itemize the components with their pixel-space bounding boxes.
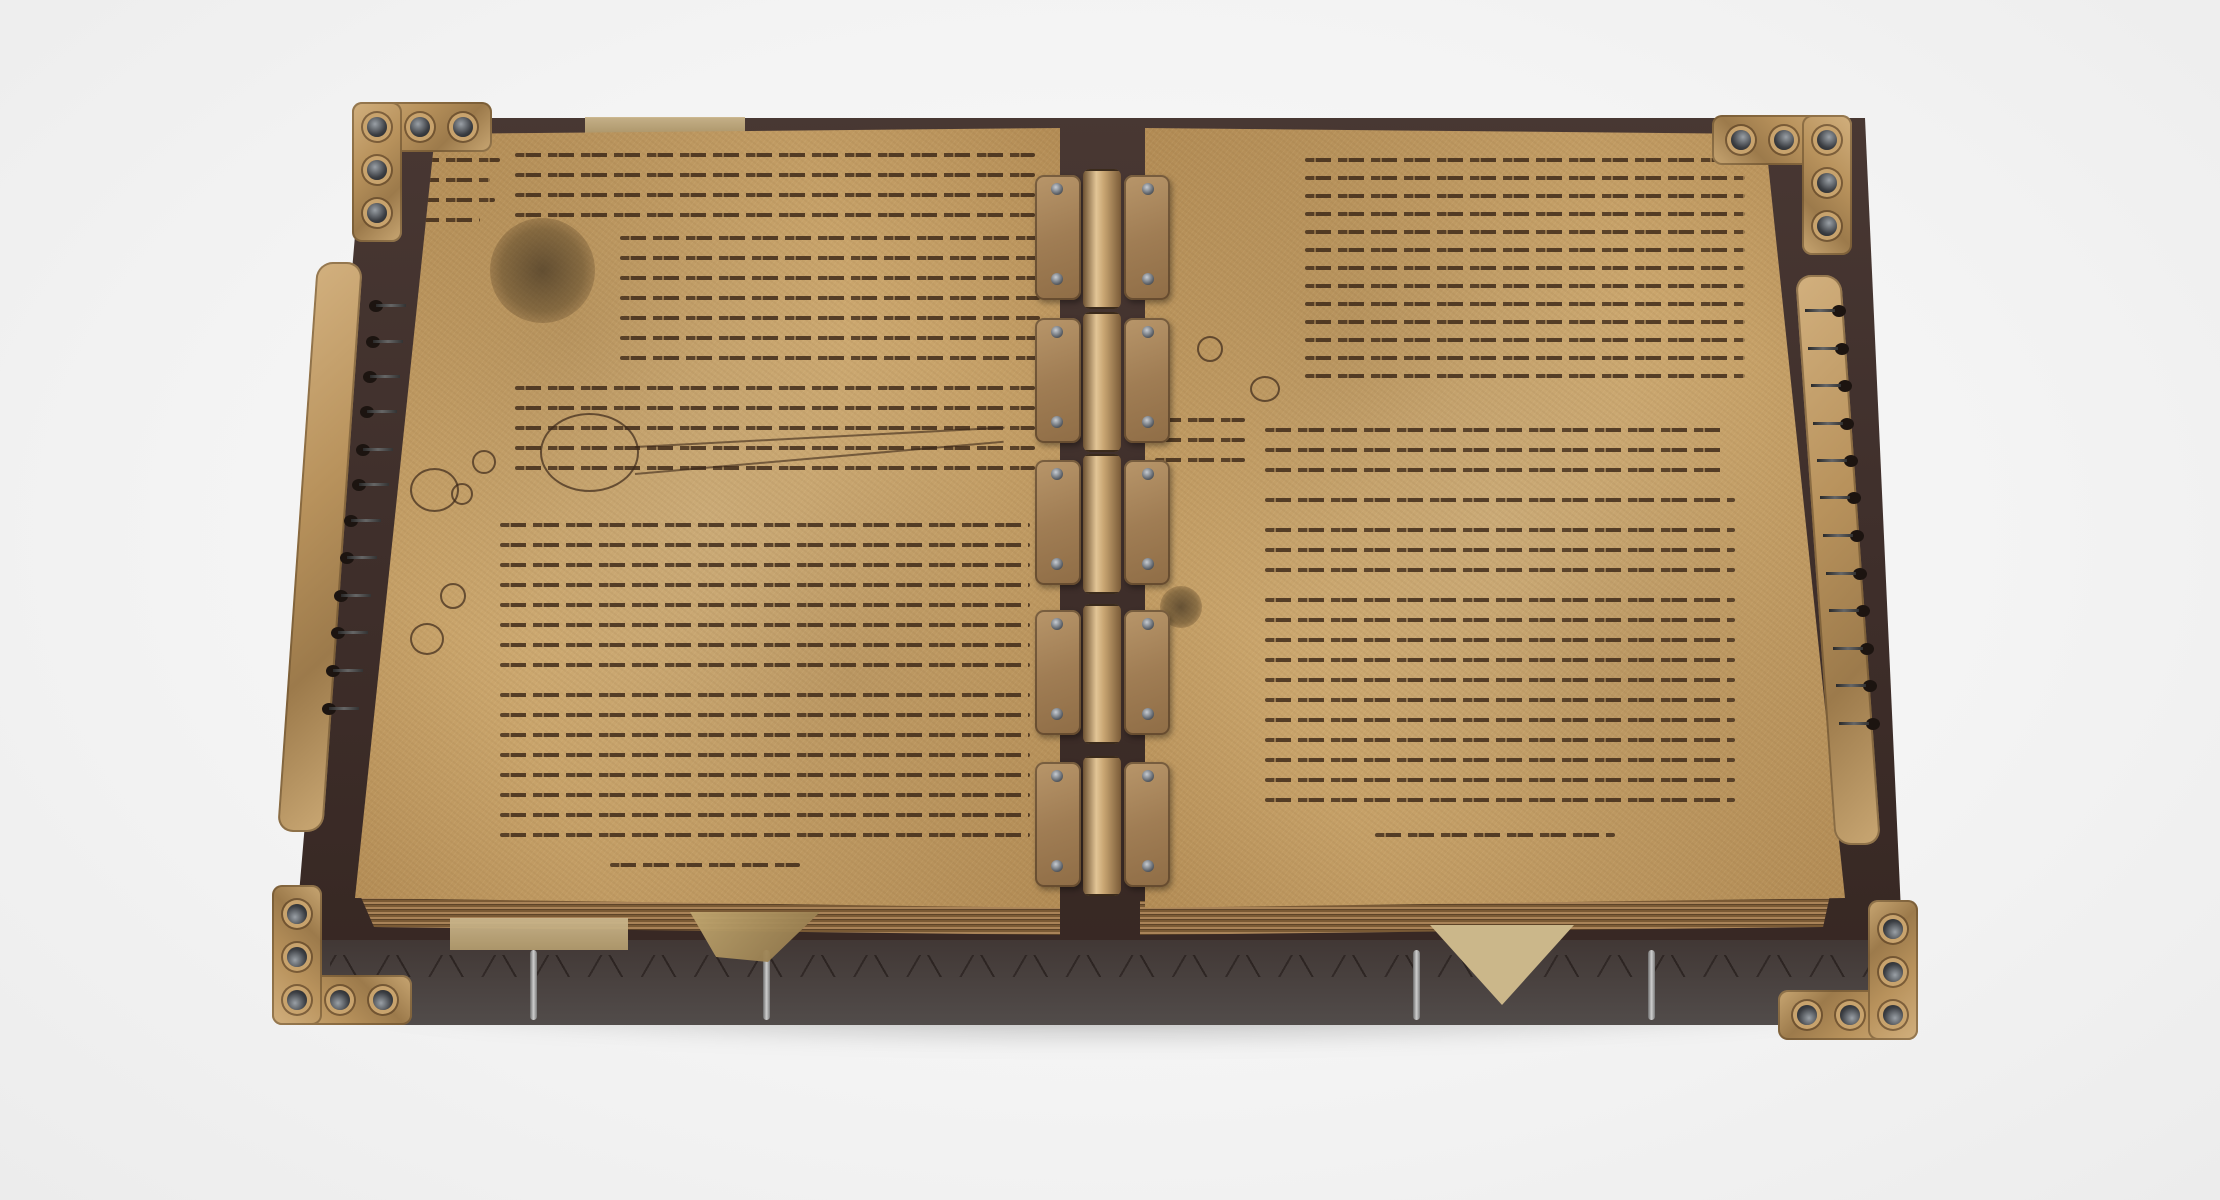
rivet-icon: [1817, 130, 1837, 150]
diagram-pulley: [410, 623, 444, 655]
rivet-icon: [367, 160, 387, 180]
script-line: [620, 296, 1040, 300]
spine-hinge: [1035, 460, 1170, 595]
script-line: [500, 563, 1030, 567]
script-line: [620, 256, 1040, 260]
script-line: [1265, 738, 1735, 742]
screw-icon: [1142, 708, 1154, 720]
corner-bracket-bottom-right: [1778, 900, 1918, 1040]
script-line: [1305, 212, 1745, 216]
rivet-icon: [330, 990, 350, 1010]
script-line: [620, 336, 1040, 340]
script-line: [500, 833, 1030, 837]
rivet-icon: [1817, 173, 1837, 193]
script-line: [1305, 158, 1745, 162]
screw-icon: [1051, 618, 1063, 630]
rivet-icon: [287, 947, 307, 967]
screw-icon: [1051, 273, 1063, 285]
screw-icon: [1142, 558, 1154, 570]
script-line: [515, 386, 1035, 390]
rivet-icon: [1731, 130, 1751, 150]
script-line: [500, 813, 1030, 817]
script-line: [620, 276, 1040, 280]
script-line: [1265, 638, 1735, 642]
rivet-icon: [1840, 1005, 1860, 1025]
script-line: [500, 693, 1030, 697]
screw-icon: [1142, 183, 1154, 195]
rivet-icon: [373, 990, 393, 1010]
script-line: [515, 153, 1035, 157]
corner-bracket-top-right: [1712, 115, 1852, 255]
script-line: [1265, 658, 1735, 662]
diagram-pulley: [472, 450, 496, 474]
script-line: [1265, 798, 1735, 802]
screw-icon: [1142, 273, 1154, 285]
script-line: [1265, 468, 1725, 472]
spine-hinge: [1035, 610, 1170, 745]
rivet-icon: [453, 117, 473, 137]
rivet-icon: [287, 990, 307, 1010]
rivet-icon: [367, 117, 387, 137]
rivet-icon: [1883, 1005, 1903, 1025]
script-line: [1265, 568, 1735, 572]
script-line: [1265, 498, 1735, 502]
script-line: [620, 316, 1040, 320]
script-line: [500, 523, 1030, 527]
screw-icon: [1142, 618, 1154, 630]
circular-stain: [490, 218, 595, 323]
script-line: [500, 583, 1030, 587]
wire-rod: [1648, 950, 1655, 1020]
rivet-icon: [1817, 216, 1837, 236]
spine-hinge: [1035, 175, 1170, 310]
diagram-pulley: [451, 483, 473, 505]
screw-icon: [1051, 770, 1063, 782]
book: [0, 0, 2220, 1200]
diagram-pulley: [440, 583, 466, 609]
script-line: [1265, 528, 1735, 532]
script-line: [1305, 194, 1745, 198]
script-line: [1375, 833, 1615, 837]
screw-icon: [1142, 860, 1154, 872]
screw-icon: [1051, 860, 1063, 872]
script-line: [620, 356, 1040, 360]
screw-icon: [1142, 326, 1154, 338]
corner-bracket-bottom-left: [272, 885, 412, 1025]
script-line: [500, 623, 1030, 627]
script-line: [1265, 598, 1735, 602]
script-line: [1305, 266, 1745, 270]
hinge-knuckle: [1083, 312, 1121, 452]
script-line: [500, 663, 1030, 667]
script-line: [515, 173, 1035, 177]
script-line: [500, 733, 1030, 737]
script-line: [1305, 356, 1745, 360]
diagram-circle: [540, 413, 639, 492]
rivet-icon: [410, 117, 430, 137]
script-line: [1305, 302, 1745, 306]
hinge-knuckle: [1083, 454, 1121, 594]
glyph-circle: [1197, 336, 1223, 362]
paper-texture: [355, 128, 1060, 908]
script-line: [1305, 284, 1745, 288]
bookmark-bottom-left: [450, 918, 628, 950]
script-line: [1265, 758, 1735, 762]
screw-icon: [1142, 468, 1154, 480]
script-line: [500, 793, 1030, 797]
script-line: [610, 863, 800, 867]
script-line: [500, 773, 1030, 777]
script-line: [1305, 320, 1745, 324]
script-line: [1305, 230, 1745, 234]
screw-icon: [1051, 183, 1063, 195]
rivet-icon: [1883, 919, 1903, 939]
rivet-icon: [287, 904, 307, 924]
bookmark-triangle: [1430, 925, 1574, 1005]
script-line: [515, 213, 1035, 217]
wire-rod: [1413, 950, 1420, 1020]
script-line: [1265, 448, 1725, 452]
script-line: [1305, 176, 1745, 180]
script-line: [620, 236, 1040, 240]
screw-icon: [1051, 416, 1063, 428]
hinge-knuckle: [1083, 169, 1121, 309]
screw-icon: [1051, 708, 1063, 720]
rivet-icon: [1797, 1005, 1817, 1025]
cross-stitch-border: [330, 955, 1890, 977]
script-line: [500, 603, 1030, 607]
hinge-knuckle: [1083, 604, 1121, 744]
script-line: [1265, 618, 1735, 622]
rivet-icon: [1883, 962, 1903, 982]
script-line: [1265, 778, 1735, 782]
script-line: [1265, 428, 1725, 432]
script-line: [500, 713, 1030, 717]
script-line: [1305, 338, 1745, 342]
script-line: [1305, 374, 1745, 378]
glyph-concentric-circle: [1250, 376, 1280, 402]
hinge-knuckle: [1083, 756, 1121, 896]
script-line: [1265, 698, 1735, 702]
spine-hinge: [1035, 318, 1170, 453]
corner-bracket-top-left: [352, 102, 492, 242]
screw-icon: [1051, 326, 1063, 338]
script-line: [500, 543, 1030, 547]
script-line: [1265, 718, 1735, 722]
left-page: [355, 128, 1060, 908]
screw-icon: [1142, 416, 1154, 428]
script-line: [515, 406, 1035, 410]
screw-icon: [1051, 468, 1063, 480]
screw-icon: [1142, 770, 1154, 782]
screw-icon: [1051, 558, 1063, 570]
script-line: [500, 643, 1030, 647]
rivet-icon: [1774, 130, 1794, 150]
script-line: [1265, 678, 1735, 682]
wire-rod: [530, 950, 537, 1020]
rivet-icon: [367, 203, 387, 223]
script-line: [1305, 248, 1745, 252]
script-line: [515, 193, 1035, 197]
spine-hinge: [1035, 762, 1170, 897]
script-line: [1265, 548, 1735, 552]
script-line: [500, 753, 1030, 757]
